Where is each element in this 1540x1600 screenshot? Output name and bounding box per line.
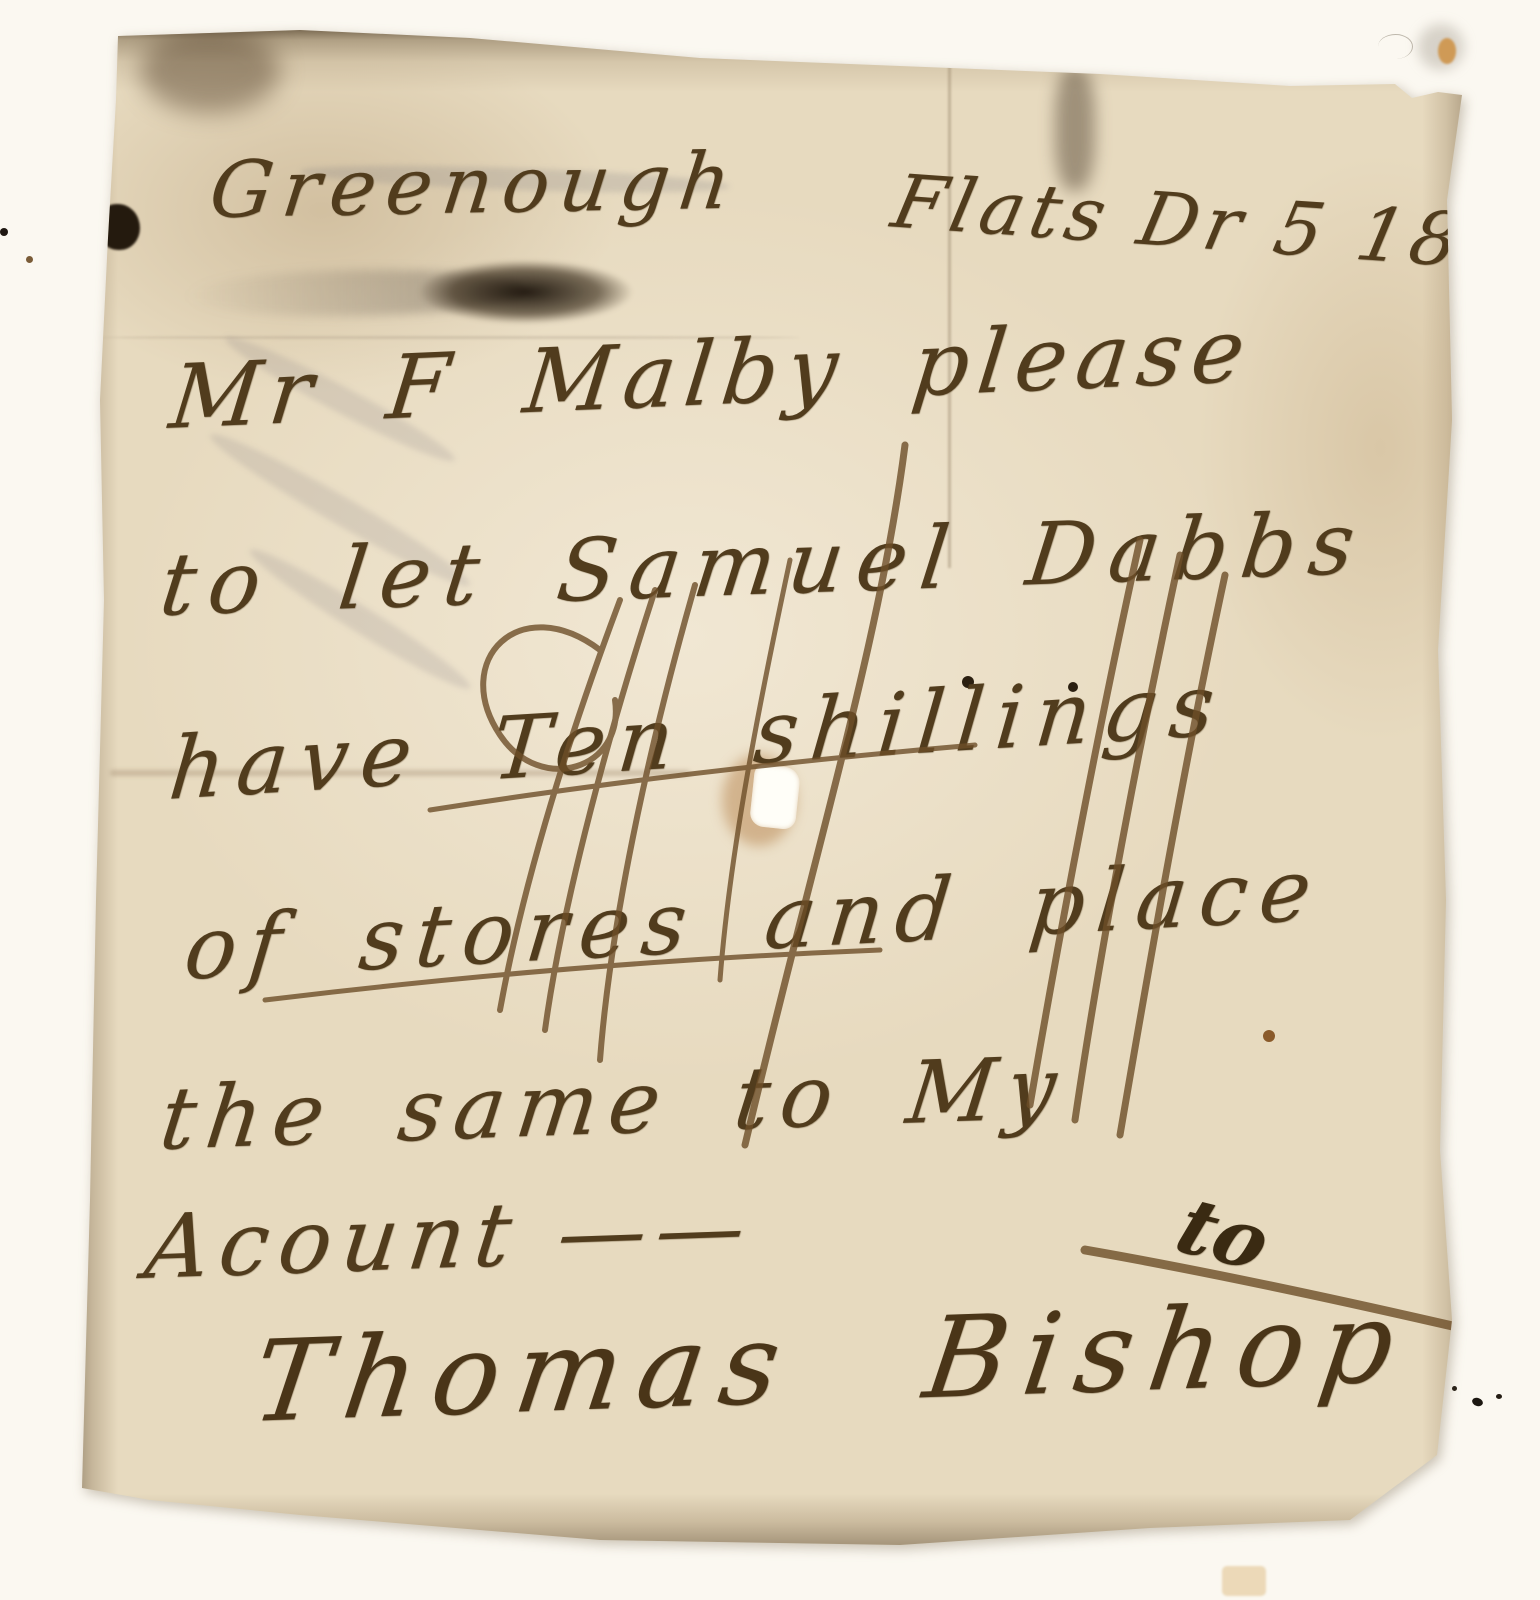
ink-dot [1263,1030,1275,1042]
ink-speck [1452,1386,1457,1391]
note-heading-date: Flats Dr 5 1806 [885,159,1540,291]
ink-speck [0,228,8,236]
ink-speck [1496,1394,1502,1399]
note-line-salutation: Mr F Malby please [165,298,1259,449]
note-line-goods: of stores and place [180,840,1328,1000]
paper-fragment-speck [1222,1566,1266,1596]
vertical-fold-crease [948,48,951,568]
ink-smudge-blob [418,260,633,324]
ink-speck [26,256,33,263]
annotation-to: to [1165,1181,1282,1288]
hair-curl [1378,34,1413,59]
note-line-amount: have Ten shillings [165,655,1231,820]
scan: { "palette": { "scan_background": "#fbf8… [0,0,1540,1600]
note-heading-place: Greenough [205,137,746,236]
ink-speck [1471,1396,1484,1407]
signature: Thomas Bishop [245,1277,1418,1448]
note-line-account: Acount —— [140,1174,761,1299]
note-line-charge: the same to My [155,1038,1072,1170]
orange-speck [1438,38,1456,64]
paper-wrapper: Greenough Flats Dr 5 1806 Mr F Malby ple… [70,28,1470,1548]
paper-note: Greenough Flats Dr 5 1806 Mr F Malby ple… [70,28,1470,1548]
left-edge-ink-blob [98,204,140,250]
burned-corner-stain [140,28,280,113]
